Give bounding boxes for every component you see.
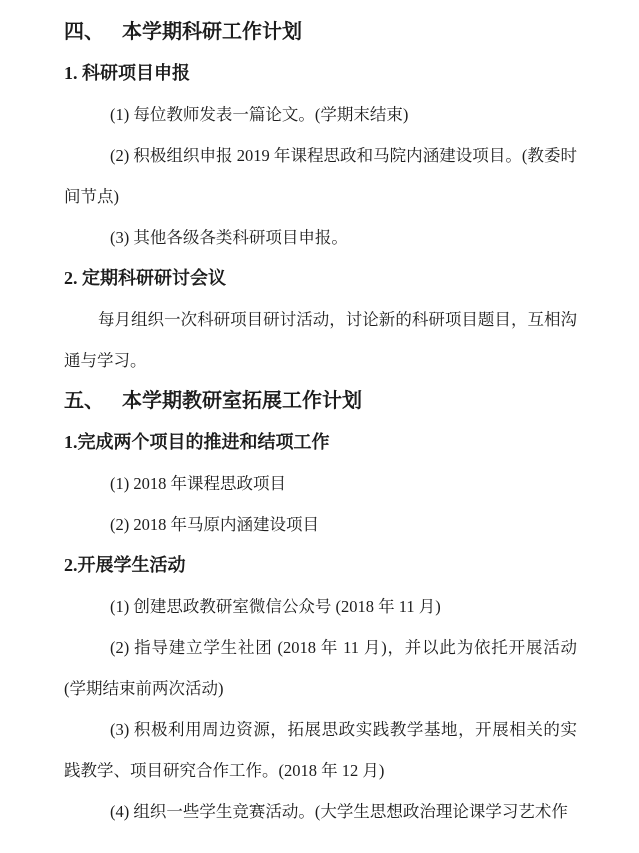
subsection-heading-research-meetings: 2. 定期科研研讨会议 <box>64 258 577 299</box>
section-title: 本学期教研室拓展工作计划 <box>122 390 362 412</box>
subsection-heading-research-application: 1. 科研项目申报 <box>64 53 577 94</box>
list-item: (3) 积极利用周边资源，拓展思政实践教学基地，开展相关的实践教学、项目研究合作… <box>64 709 577 791</box>
section-number: 四、 <box>64 12 104 53</box>
section-title: 本学期科研工作计划 <box>122 21 302 43</box>
paragraph: 每月组织一次科研项目研讨活动，讨论新的科研项目题目，互相沟通与学习。 <box>64 299 577 381</box>
section-heading-5: 五、本学期教研室拓展工作计划 <box>64 381 577 422</box>
list-item: (3) 其他各级各类科研项目申报。 <box>64 217 577 258</box>
list-item: (1) 每位教师发表一篇论文。(学期末结束) <box>64 94 577 135</box>
list-item: (1) 创建思政教研室微信公众号 (2018 年 11 月) <box>64 586 577 627</box>
subsection-heading-student-activities: 2.开展学生活动 <box>64 545 577 586</box>
document-page: 四、本学期科研工作计划 1. 科研项目申报 (1) 每位教师发表一篇论文。(学期… <box>0 0 639 853</box>
list-item: (2) 积极组织申报 2019 年课程思政和马院内涵建设项目。(教委时间节点) <box>64 135 577 217</box>
list-item: (4) 组织一些学生竞赛活动。(大学生思想政治理论课学习艺术作 <box>64 791 577 832</box>
list-item: (1) 2018 年课程思政项目 <box>64 463 577 504</box>
section-heading-4: 四、本学期科研工作计划 <box>64 12 577 53</box>
list-item: (2) 2018 年马原内涵建设项目 <box>64 504 577 545</box>
list-item: (2) 指导建立学生社团 (2018 年 11 月)，并以此为依托开展活动 (学… <box>64 627 577 709</box>
section-number: 五、 <box>64 381 104 422</box>
subsection-heading-two-projects: 1.完成两个项目的推进和结项工作 <box>64 422 577 463</box>
